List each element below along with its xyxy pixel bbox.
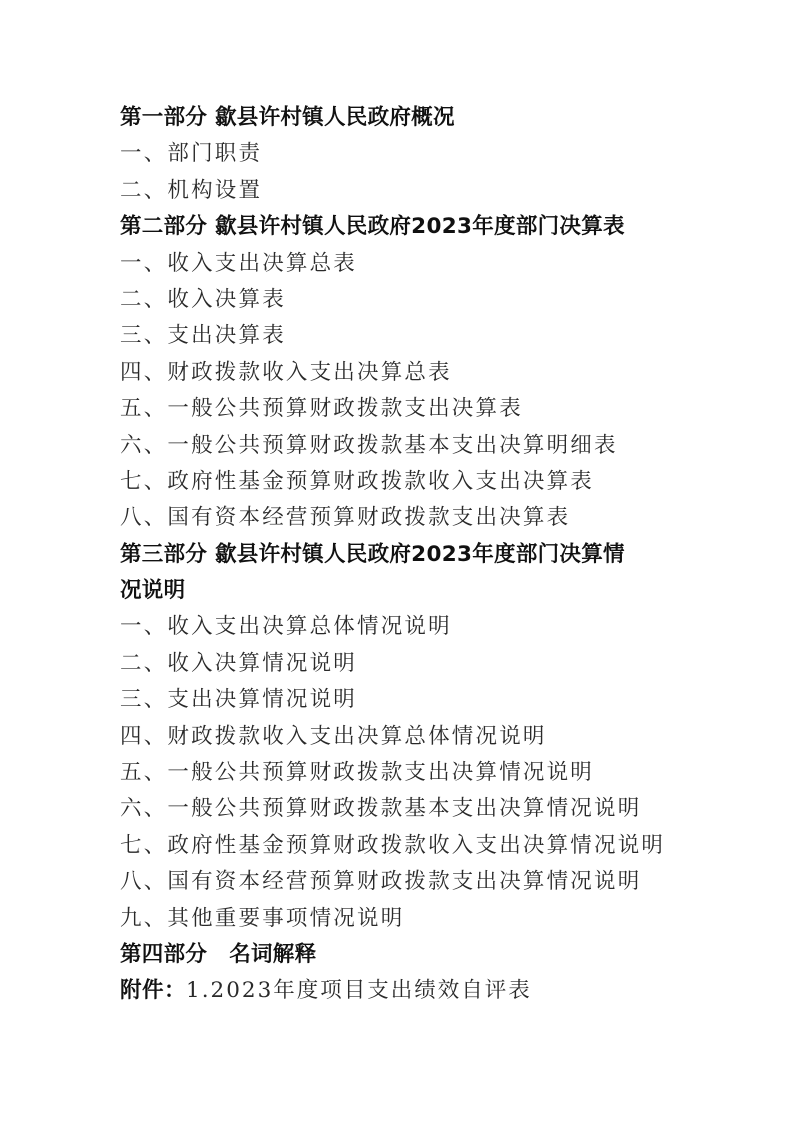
part-3-item-2: 二、收入决算情况说明	[120, 646, 676, 682]
part-3-title-line-2: 况说明	[120, 573, 676, 609]
part-1-item-1: 一、部门职责	[120, 136, 676, 172]
part-4-title-prefix: 第四部分	[120, 942, 207, 967]
part-2-item-1: 一、收入支出决算总表	[120, 246, 676, 282]
part-2-item-8: 八、国有资本经营预算财政拨款支出决算表	[120, 500, 676, 536]
part-3-title-line-1: 第三部分 歙县许村镇人民政府2023年度部门决算情	[120, 537, 676, 573]
part-3-item-6: 六、一般公共预算财政拨款基本支出决算情况说明	[120, 791, 676, 827]
part-2-item-3: 三、支出决算表	[120, 318, 676, 354]
part-2-item-6: 六、一般公共预算财政拨款基本支出决算明细表	[120, 428, 676, 464]
table-of-contents: 第一部分 歙县许村镇人民政府概况 一、部门职责 二、机构设置 第二部分 歙县许村…	[120, 100, 676, 1010]
part-4-title: 第四部分名词解释	[120, 937, 676, 973]
part-3-item-1: 一、收入支出决算总体情况说明	[120, 609, 676, 645]
part-3-item-3: 三、支出决算情况说明	[120, 682, 676, 718]
part-2-item-2: 二、收入决算表	[120, 282, 676, 318]
attachment-label: 附件：	[120, 978, 186, 1003]
attachment-line: 附件：1.2023年度项目支出绩效自评表	[120, 973, 676, 1009]
part-3-item-7: 七、政府性基金预算财政拨款收入支出决算情况说明	[120, 828, 676, 864]
part-2-item-5: 五、一般公共预算财政拨款支出决算表	[120, 391, 676, 427]
part-2-title: 第二部分 歙县许村镇人民政府2023年度部门决算表	[120, 209, 676, 245]
part-1-item-2: 二、机构设置	[120, 173, 676, 209]
part-3-item-5: 五、一般公共预算财政拨款支出决算情况说明	[120, 755, 676, 791]
part-3-item-4: 四、财政拨款收入支出决算总体情况说明	[120, 719, 676, 755]
part-4-title-suffix: 名词解释	[229, 942, 316, 967]
attachment-text: 1.2023年度项目支出绩效自评表	[186, 978, 532, 1003]
part-3-item-9: 九、其他重要事项情况说明	[120, 901, 676, 937]
part-2-item-4: 四、财政拨款收入支出决算总表	[120, 355, 676, 391]
part-1-title: 第一部分 歙县许村镇人民政府概况	[120, 100, 676, 136]
part-2-item-7: 七、政府性基金预算财政拨款收入支出决算表	[120, 464, 676, 500]
part-3-item-8: 八、国有资本经营预算财政拨款支出决算情况说明	[120, 864, 676, 900]
